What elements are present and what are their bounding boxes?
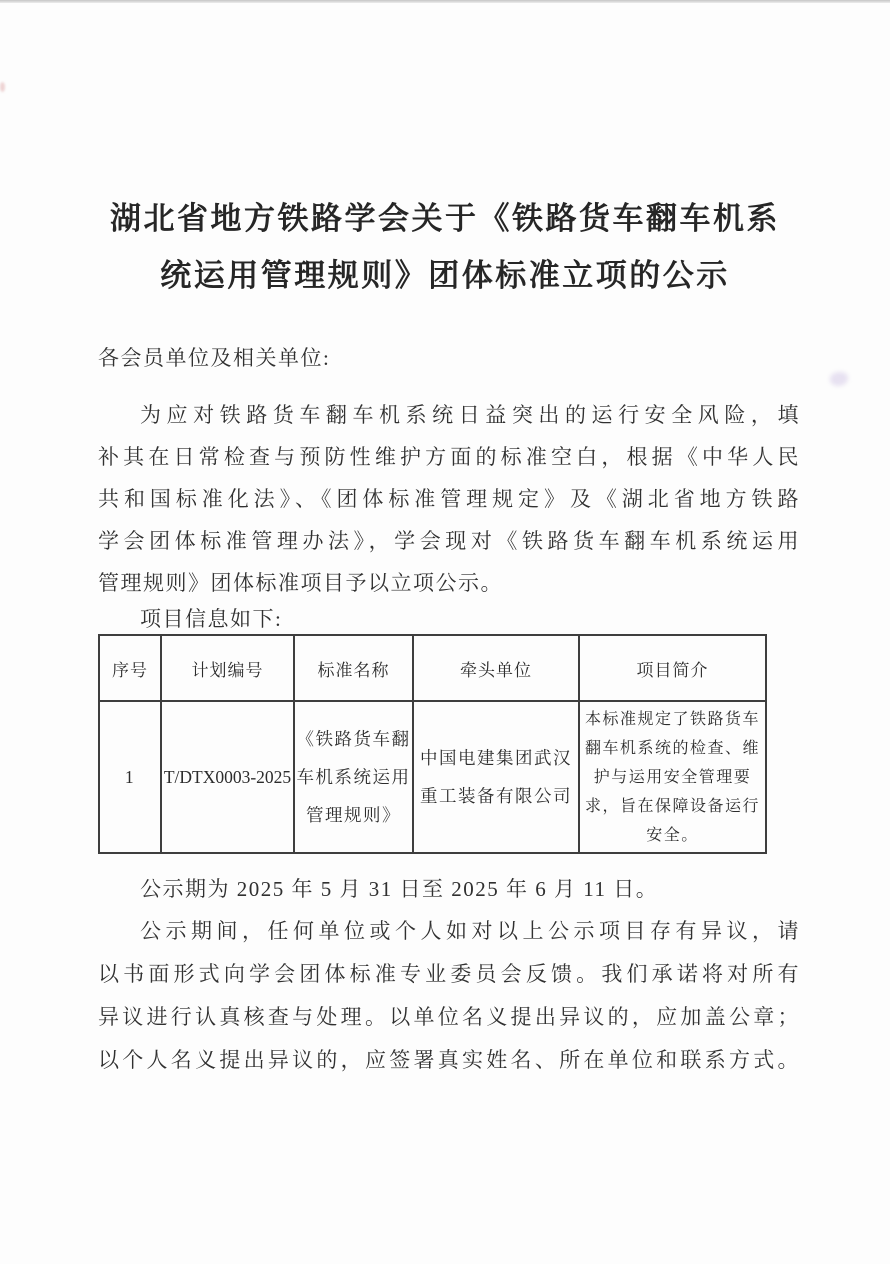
- body-line: 管理规则》团体标准项目予以立项公示。: [98, 562, 800, 604]
- project-info-table: 序号 计划编号 标准名称 牵头单位 项目简介 1 T/DTX0003-2025 …: [98, 634, 767, 854]
- table-intro-line: 项目信息如下:: [98, 604, 800, 634]
- body-line: 共和国标准化法》、《团体标准管理规定》及《湖北省地方铁路: [98, 478, 800, 520]
- body-line: 异议进行认真核查与处理。以单位名义提出异议的，应加盖公章；: [98, 996, 800, 1039]
- paragraph-background: 为应对铁路货车翻车机系统日益突出的运行安全风险，填 补其在日常检查与预防性维护方…: [98, 394, 800, 604]
- page-title-line-2: 统运用管理规则》团体标准立项的公示: [0, 247, 890, 304]
- cell-seq: 1: [99, 701, 161, 853]
- scanned-document-page: 湖北省地方铁路学会关于《铁路货车翻车机系 统运用管理规则》团体标准立项的公示 各…: [0, 0, 890, 1264]
- body-line: 补其在日常检查与预防性维护方面的标准空白，根据《中华人民: [98, 436, 800, 478]
- paragraph-objection: 公示期间，任何单位或个人如对以上公示项目存有异议，请 以书面形式向学会团体标准专…: [98, 910, 800, 1082]
- table-row: 1 T/DTX0003-2025 《铁路货车翻车机系统运用管理规则》 中国电建集…: [99, 701, 766, 853]
- page-title: 湖北省地方铁路学会关于《铁路货车翻车机系 统运用管理规则》团体标准立项的公示: [0, 190, 890, 304]
- column-header-lead-org: 牵头单位: [413, 635, 579, 701]
- cell-summary: 本标准规定了铁路货车翻车机系统的检查、维护与运用安全管理要求，旨在保障设备运行安…: [579, 701, 766, 853]
- cell-lead-org: 中国电建集团武汉重工装备有限公司: [413, 701, 579, 853]
- document-body: 各会员单位及相关单位: 为应对铁路货车翻车机系统日益突出的运行安全风险，填 补其…: [98, 336, 800, 1082]
- table-header-row: 序号 计划编号 标准名称 牵头单位 项目简介: [99, 635, 766, 701]
- publicity-period-line: 公示期为 2025 年 5 月 31 日至 2025 年 6 月 11 日。: [98, 868, 800, 910]
- cell-std-name: 《铁路货车翻车机系统运用管理规则》: [294, 701, 413, 853]
- salutation: 各会员单位及相关单位:: [98, 336, 800, 380]
- scan-fleck-artifact: [0, 82, 5, 92]
- cell-plan-no: T/DTX0003-2025: [161, 701, 294, 853]
- column-header-plan-no: 计划编号: [161, 635, 294, 701]
- column-header-seq: 序号: [99, 635, 161, 701]
- body-line: 为应对铁路货车翻车机系统日益突出的运行安全风险，填: [98, 394, 800, 436]
- body-line: 以书面形式向学会团体标准专业委员会反馈。我们承诺将对所有: [98, 953, 800, 996]
- body-line: 学会团体标准管理办法》，学会现对《铁路货车翻车机系统运用: [98, 520, 800, 562]
- page-title-line-1: 湖北省地方铁路学会关于《铁路货车翻车机系: [0, 190, 890, 247]
- body-line: 公示期间，任何单位或个人如对以上公示项目存有异议，请: [98, 910, 800, 953]
- column-header-summary: 项目简介: [579, 635, 766, 701]
- column-header-std-name: 标准名称: [294, 635, 413, 701]
- body-line: 以个人名义提出异议的，应签署真实姓名、所在单位和联系方式。: [98, 1039, 800, 1082]
- scan-edge-artifact: [0, 0, 890, 3]
- scan-smudge-artifact: [830, 372, 848, 386]
